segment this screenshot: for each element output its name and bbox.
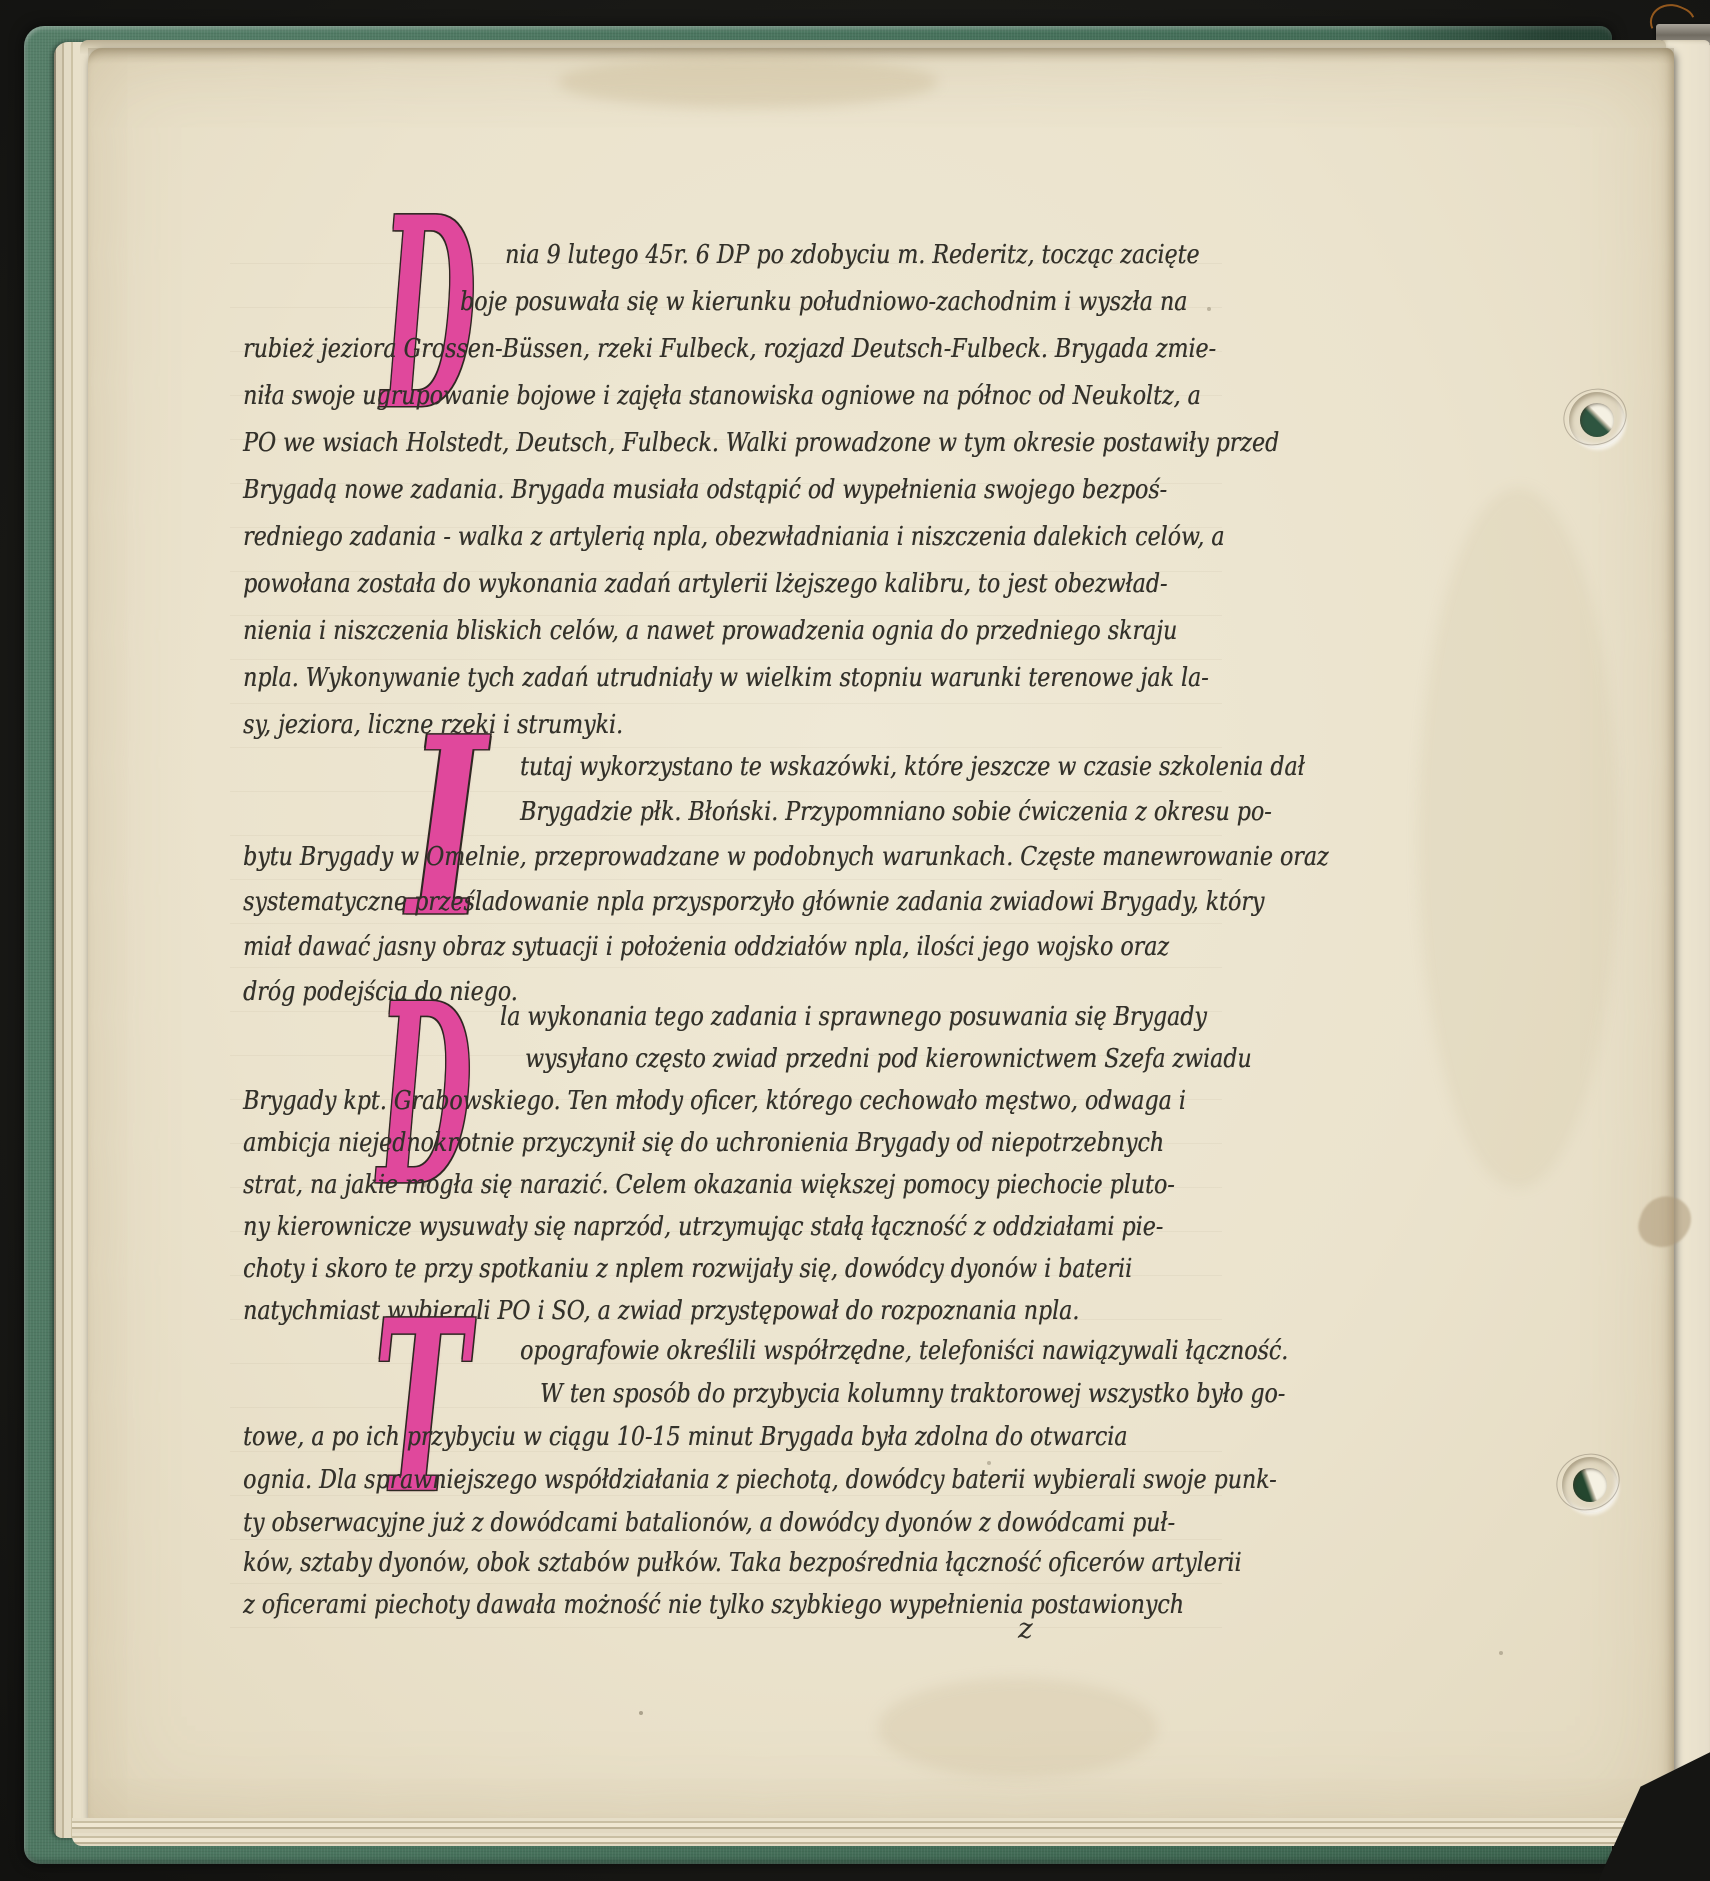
- manuscript-line: Brygadą nowe zadania. Brygada musiała od…: [243, 475, 1167, 505]
- manuscript-line: powołana została do wykonania zadań arty…: [243, 569, 1167, 599]
- manuscript-line: rubież jeziora Grossen-Büssen, rzeki Ful…: [243, 334, 1216, 364]
- manuscript-line: PO we wsiach Holstedt, Deutsch, Fulbeck.…: [243, 428, 1279, 458]
- manuscript-line: Brygady kpt. Grabowskiego. Ten młody ofi…: [243, 1086, 1186, 1116]
- manuscript-line: ny kierownicze wysuwały się naprzód, utr…: [243, 1212, 1163, 1242]
- manuscript-line: wysyłano często zwiad przedni pod kierow…: [525, 1044, 1252, 1074]
- manuscript: z Dnia 9 lutego 45r. 6 DP po zdobyciu m.…: [88, 48, 1674, 1824]
- manuscript-line: redniego zadania - walka z artylerią npl…: [243, 522, 1224, 552]
- manuscript-line: ków, sztaby dyonów, obok sztabów pułków.…: [243, 1548, 1241, 1578]
- dust-specks: [0, 0, 2, 2]
- scene: z Dnia 9 lutego 45r. 6 DP po zdobyciu m.…: [0, 0, 1710, 1881]
- manuscript-line: natychmiast wybierali PO i SO, a zwiad p…: [243, 1296, 1079, 1326]
- manuscript-line: bytu Brygady w Omelnie, przeprowadzane w…: [243, 842, 1329, 872]
- manuscript-line: nienia i niszczenia bliskich celów, a na…: [243, 616, 1177, 646]
- manuscript-line: ognia. Dla sprawniejszego współdziałania…: [243, 1465, 1277, 1495]
- manuscript-line: z oficerami piechoty dawała możność nie …: [243, 1590, 1184, 1620]
- manuscript-line: la wykonania tego zadania i sprawnego po…: [500, 1002, 1207, 1032]
- manuscript-line: npla. Wykonywanie tych zadań utrudniały …: [243, 663, 1209, 693]
- manuscript-line: W ten sposób do przybycia kolumny trakto…: [540, 1379, 1285, 1409]
- album-page: z Dnia 9 lutego 45r. 6 DP po zdobyciu m.…: [88, 48, 1674, 1824]
- manuscript-line: nia 9 lutego 45r. 6 DP po zdobyciu m. Re…: [505, 240, 1199, 270]
- manuscript-line: boje posuwała się w kierunku południowo-…: [460, 287, 1187, 317]
- manuscript-line: Brygadzie płk. Błoński. Przypomniano sob…: [520, 797, 1272, 827]
- manuscript-line: niła swoje ugrupowanie bojowe i zajęła s…: [243, 381, 1201, 411]
- manuscript-line: ambicja niejednokrotnie przyczynił się d…: [243, 1128, 1164, 1158]
- manuscript-line: towe, a po ich przybyciu w ciągu 10-15 m…: [243, 1422, 1127, 1452]
- manuscript-line: opografowie określili współrzędne, telef…: [520, 1336, 1288, 1366]
- manuscript-line: strat, na jakie mogła się narazić. Celem…: [243, 1170, 1175, 1200]
- manuscript-line: ty obserwacyjne już z dowódcami batalion…: [243, 1508, 1175, 1538]
- manuscript-line: systematyczne prześladowanie npla przysp…: [243, 887, 1264, 917]
- manuscript-line: tutaj wykorzystano te wskazówki, które j…: [520, 752, 1305, 782]
- page-stack-bottom-edge: [72, 1818, 1658, 1846]
